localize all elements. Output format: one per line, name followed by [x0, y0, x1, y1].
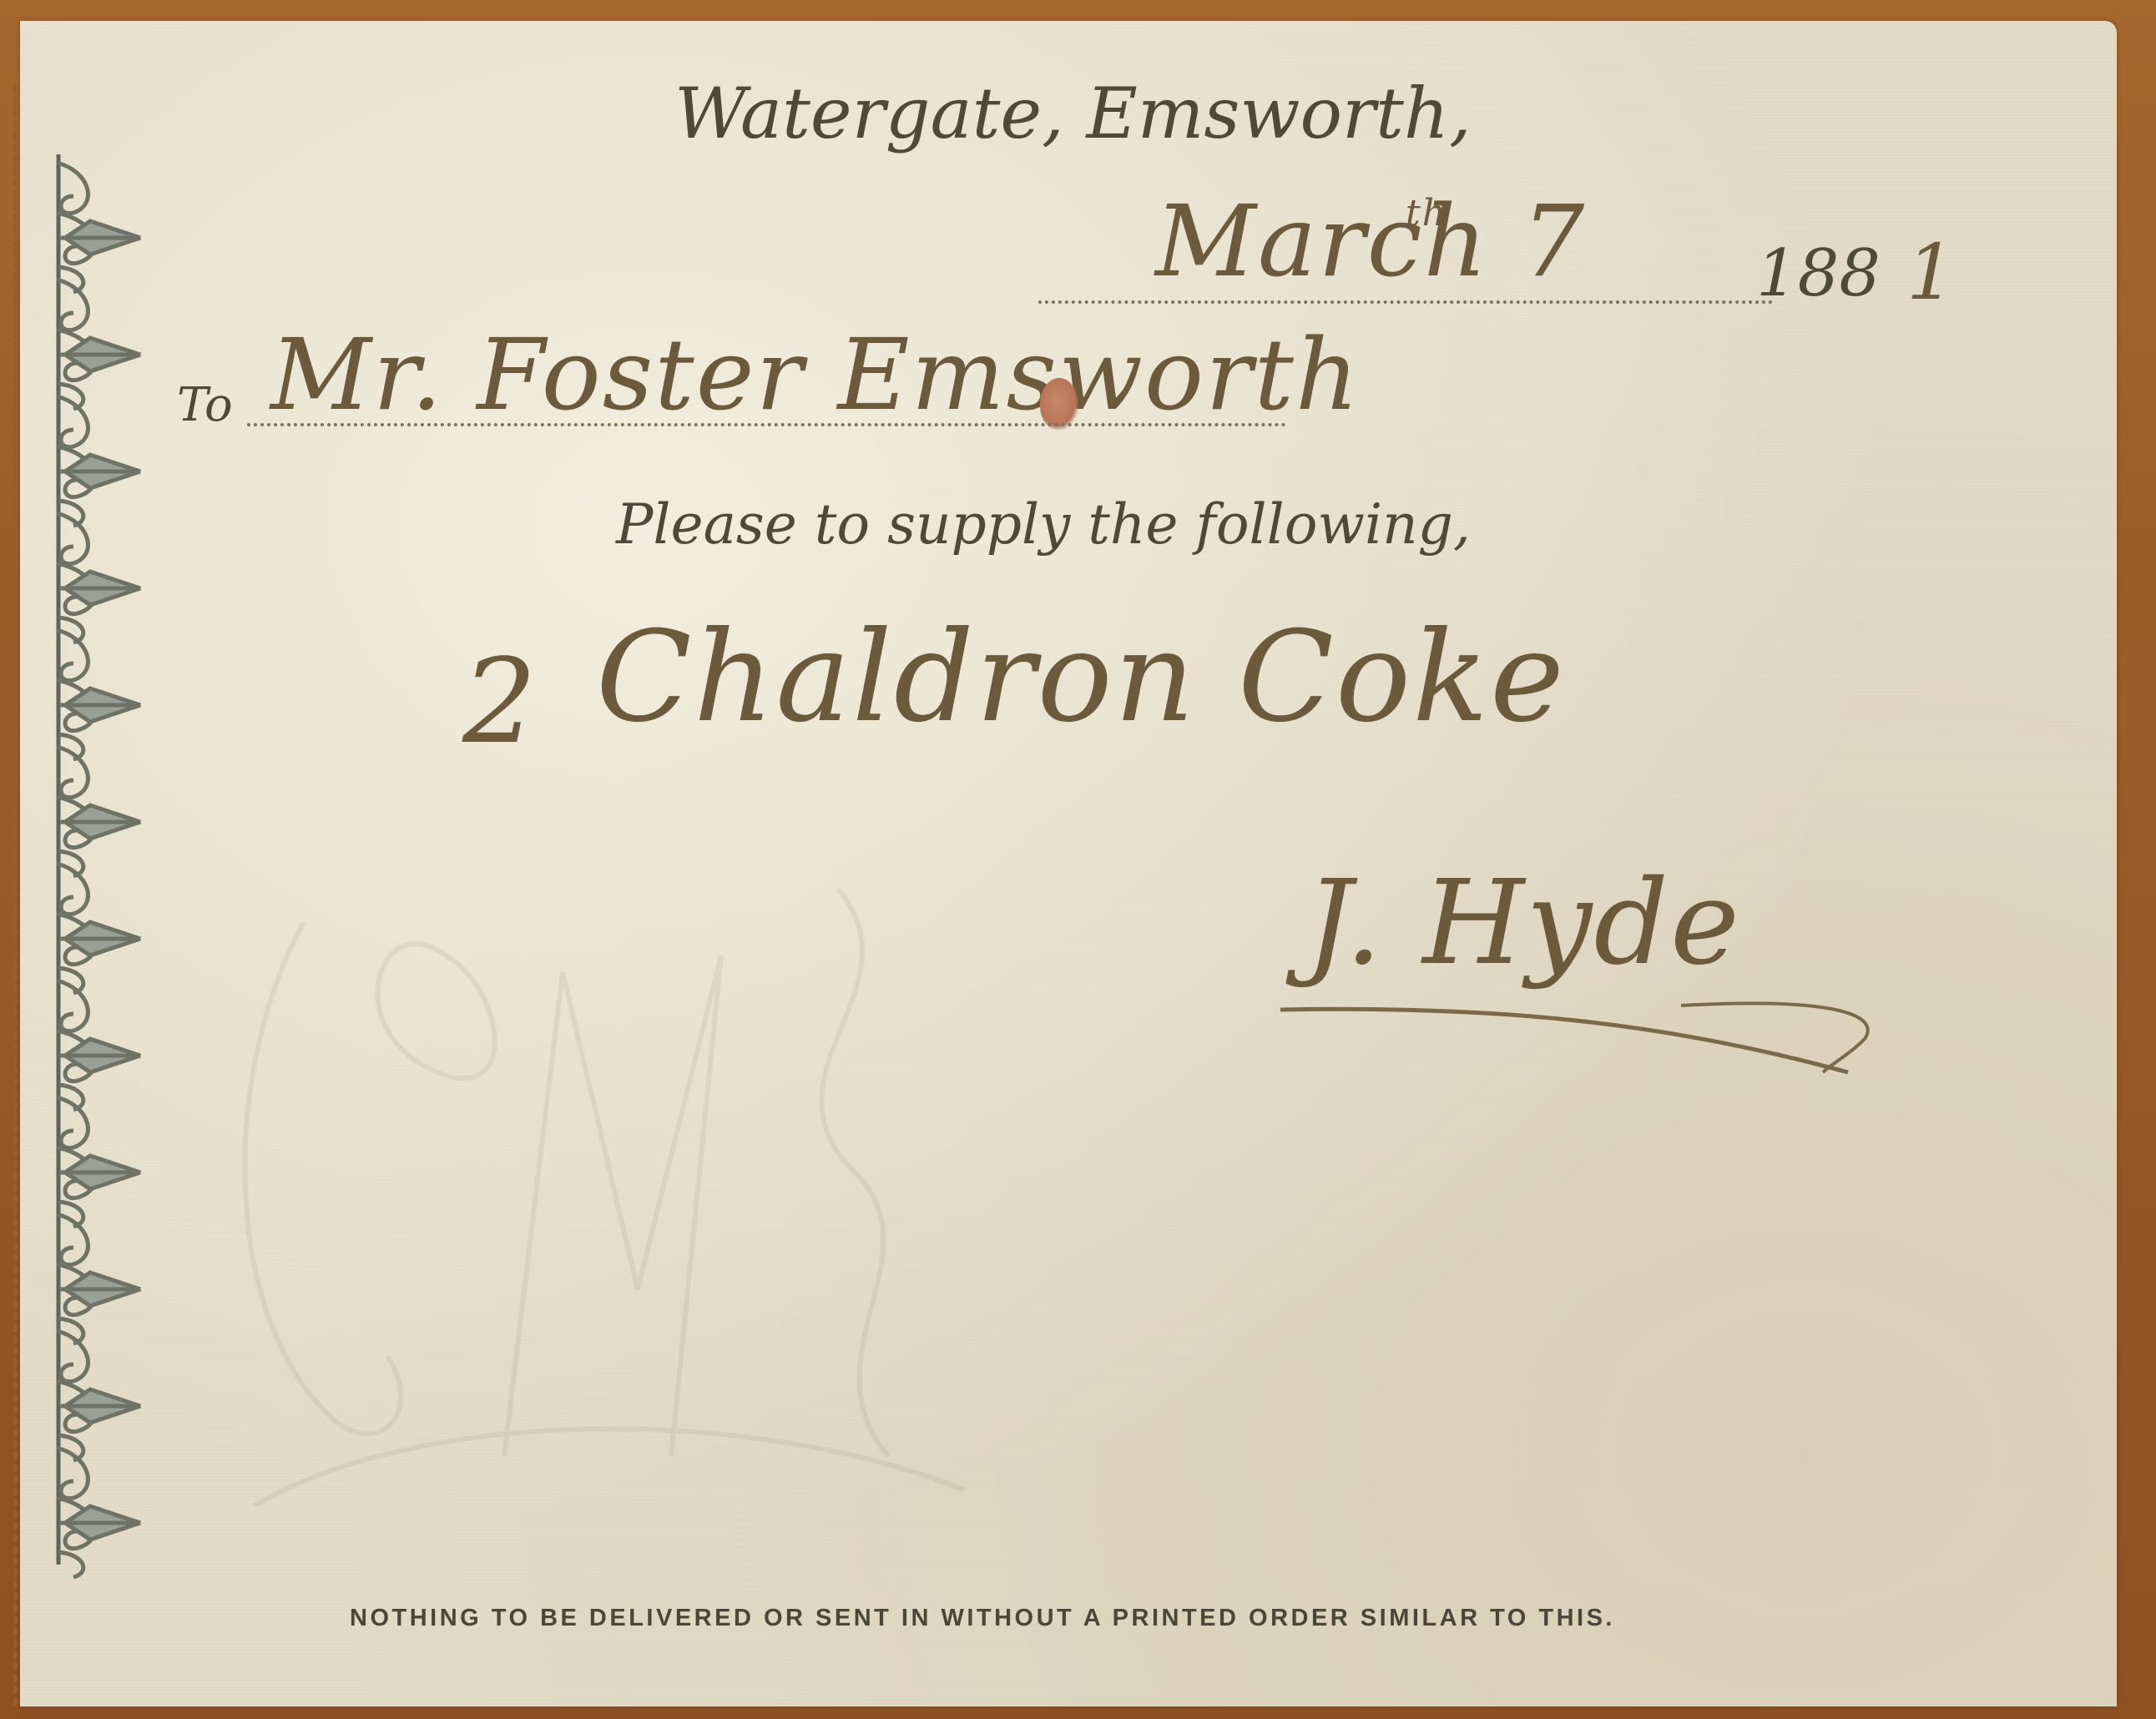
order-form-paper: Watergate, Emsworth, March 7 th 188 1 To…	[20, 21, 2117, 1706]
instruction-text: Please to supply the following,	[616, 492, 1471, 557]
date-year-printed: 188	[1756, 236, 1881, 311]
paper-stain	[1040, 378, 1078, 430]
signature-flourish-icon	[1247, 972, 1915, 1106]
footer-notice: NOTHING TO BE DELIVERED OR SENT IN WITHO…	[350, 1605, 1735, 1632]
date-month-day: March 7	[1155, 184, 1586, 299]
order-item-quantity: 2	[462, 634, 538, 770]
to-label: To	[177, 378, 233, 432]
perforated-edge	[13, 83, 25, 1706]
date-day-suffix: th	[1406, 192, 1447, 234]
date-year-handwritten: 1	[1906, 228, 1957, 317]
signature: J. Hyde	[1305, 855, 1741, 991]
recipient-name: Mr. Foster Emsworth	[270, 317, 1361, 432]
watermark-monogram-icon	[170, 822, 1005, 1506]
date-dotted-line	[1038, 300, 1773, 304]
decorative-border-ornament-icon	[40, 113, 174, 1581]
order-item-description: Chaldron Coke	[596, 605, 1566, 750]
recipient-dotted-line	[247, 423, 1286, 426]
letterhead-address: Watergate, Emsworth,	[674, 73, 1472, 154]
